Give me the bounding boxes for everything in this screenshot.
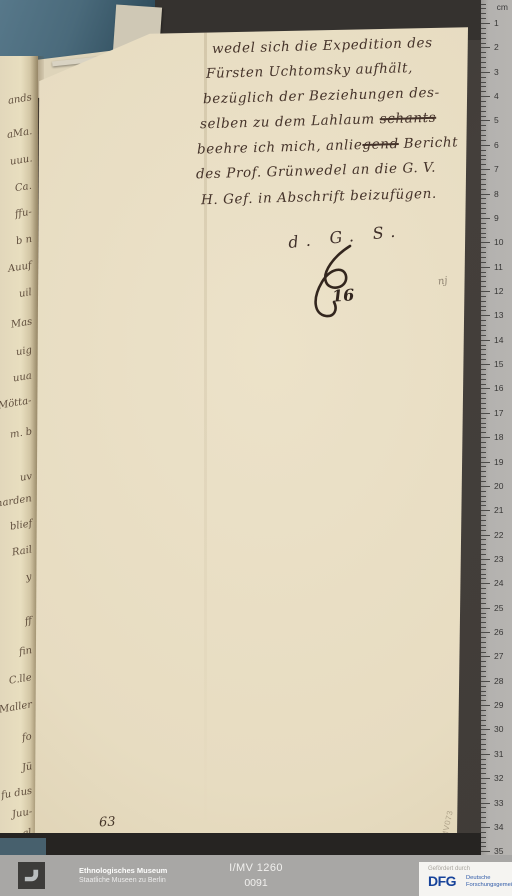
ruler-subtick — [481, 369, 486, 370]
margin-text-fragment: Auuf — [7, 260, 32, 275]
ruler-subtick — [481, 700, 486, 701]
ruler-subtick — [481, 374, 486, 375]
ruler-subtick — [481, 788, 486, 789]
ruler-subtick — [481, 130, 486, 131]
ruler-subtick — [481, 768, 486, 769]
margin-text-fragment: Mötta- — [0, 395, 33, 411]
ruler-number: 27 — [494, 651, 503, 661]
ruler-cm-tick — [481, 96, 490, 97]
ruler-subtick — [481, 233, 486, 234]
ruler-subtick — [481, 125, 486, 126]
ruler-subtick — [481, 379, 486, 380]
ruler-cm-tick — [481, 242, 490, 243]
ruler-subtick — [481, 837, 486, 838]
ruler-subtick — [481, 393, 486, 394]
ruler-subtick — [481, 335, 486, 336]
ruler-subtick — [481, 432, 486, 433]
ruler-subtick — [481, 783, 486, 784]
ruler-subtick — [481, 418, 486, 419]
ruler-subtick — [481, 4, 486, 5]
ruler-number: 29 — [494, 700, 503, 710]
dfg-name-line1: Deutsche — [466, 875, 512, 882]
ruler-cm-tick — [481, 803, 490, 804]
funding-note: Gefördert durch — [428, 866, 470, 872]
ruler-number: 13 — [494, 310, 503, 320]
ruler-unit-label: cm — [497, 2, 508, 12]
ruler-subtick — [481, 642, 486, 643]
ruler-subtick — [481, 398, 486, 399]
ruler-subtick — [481, 247, 486, 248]
handwriting-line: selben zu dem Lahlaum schants — [200, 110, 437, 133]
ruler-subtick — [481, 627, 486, 628]
ruler-number: 32 — [494, 773, 503, 783]
ruler-cm-tick — [481, 388, 490, 389]
ruler-number: 24 — [494, 578, 503, 588]
manuscript-page: wedel sich die Expedition desFürsten Uch… — [26, 24, 468, 840]
ruler-cm-tick — [481, 705, 490, 706]
ruler-cm-tick — [481, 486, 490, 487]
ruler-subtick — [481, 140, 486, 141]
folio-number: 63 — [99, 815, 116, 831]
ruler-subtick — [481, 598, 486, 599]
ruler-number: 26 — [494, 627, 503, 637]
ruler-subtick — [481, 208, 486, 209]
ruler-subtick — [481, 613, 486, 614]
ruler-subtick — [481, 603, 486, 604]
ruler-subtick — [481, 272, 486, 273]
ruler-number: 10 — [494, 237, 503, 247]
ruler-subtick — [481, 574, 486, 575]
margin-text-fragment: ands — [7, 92, 32, 107]
ruler-cm-tick — [481, 267, 490, 268]
margin-text-fragment: fu dus — [0, 786, 33, 802]
ruler-number: 11 — [494, 262, 503, 272]
handwriting-text: des Prof. Grünwedel an die G. V. — [196, 160, 436, 183]
ruler-number: 33 — [494, 798, 503, 808]
ruler-subtick — [481, 671, 486, 672]
ruler-subtick — [481, 496, 486, 497]
ruler-subtick — [481, 822, 486, 823]
ruler-subtick — [481, 661, 486, 662]
ruler-subtick — [481, 807, 486, 808]
ruler-subtick — [481, 710, 486, 711]
ruler-subtick — [481, 695, 486, 696]
ruler-subtick — [481, 77, 486, 78]
handwriting-text: Fürsten Uchtomsky aufhält, — [206, 60, 413, 82]
ruler-subtick — [481, 38, 486, 39]
ruler-subtick — [481, 447, 486, 448]
ruler-subtick — [481, 739, 486, 740]
ruler-cm-tick — [481, 72, 490, 73]
ruler-subtick — [481, 33, 486, 34]
handwriting-line: H. Gef. in Abschrift beizufügen. — [201, 186, 437, 209]
ruler-subtick — [481, 320, 486, 321]
ruler-subtick — [481, 676, 486, 677]
ruler-subtick — [481, 691, 486, 692]
ruler-subtick — [481, 686, 486, 687]
ruler-subtick — [481, 189, 486, 190]
ruler-cm-tick — [481, 315, 490, 316]
signature-number: 16 — [331, 285, 355, 306]
ruler-subtick — [481, 301, 486, 302]
ruler-subtick — [481, 91, 486, 92]
ruler-number: 7 — [494, 164, 499, 174]
ruler-subtick — [481, 427, 486, 428]
handwriting-line: bezüglich der Beziehungen des- — [203, 85, 440, 108]
ruler-subtick — [481, 593, 486, 594]
ruler-subtick — [481, 28, 486, 29]
ruler-number: 20 — [494, 481, 503, 491]
ruler-subtick — [481, 817, 486, 818]
ruler-subtick — [481, 325, 486, 326]
footer-bar: Ethnologisches Museum Staatliche Museen … — [0, 855, 512, 896]
ruler-subtick — [481, 442, 486, 443]
ruler-subtick — [481, 306, 486, 307]
ruler-subtick — [481, 155, 486, 156]
ruler-subtick — [481, 384, 486, 385]
ruler-subtick — [481, 111, 486, 112]
ruler-subtick — [481, 228, 486, 229]
ruler-number: 19 — [494, 457, 503, 467]
handwriting-line: Fürsten Uchtomsky aufhält, — [206, 60, 413, 82]
handwriting-line: beehre ich mich, anliegend Bericht — [197, 134, 459, 157]
ruler-cm-tick — [481, 608, 490, 609]
ruler-number: 6 — [494, 140, 499, 150]
ruler-cm-tick — [481, 23, 490, 24]
ruler-cm-tick — [481, 291, 490, 292]
ruler-cm-tick — [481, 437, 490, 438]
ruler-subtick — [481, 530, 486, 531]
handwriting-text: selben zu dem Lahlaum — [200, 111, 380, 132]
ruler-number: 9 — [494, 213, 499, 223]
scan-viewport: andsaMa.uuu.Ca.ffu-b nAuufuilMasuiguuaMö… — [0, 0, 512, 896]
ruler-subtick — [481, 101, 486, 102]
ruler-subtick — [481, 520, 486, 521]
ruler-subtick — [481, 549, 486, 550]
handwriting-text: Bericht — [399, 134, 459, 152]
ruler-subtick — [481, 18, 486, 19]
ruler-subtick — [481, 359, 486, 360]
ruler-cm-tick — [481, 656, 490, 657]
ruler-subtick — [481, 720, 486, 721]
ruler-subtick — [481, 505, 486, 506]
ruler-subtick — [481, 481, 486, 482]
ruler-subtick — [481, 759, 486, 760]
ruler-number: 31 — [494, 749, 503, 759]
pencil-annotation: nj — [437, 275, 448, 287]
ruler-cm-tick — [481, 729, 490, 730]
ruler-subtick — [481, 715, 486, 716]
ruler-cm-tick — [481, 462, 490, 463]
ruler-subtick — [481, 617, 486, 618]
ruler-subtick — [481, 135, 486, 136]
ruler-subtick — [481, 793, 486, 794]
ruler-subtick — [481, 734, 486, 735]
ruler-cm-tick — [481, 583, 490, 584]
ruler: cm 1234567891011121314151617181920212223… — [481, 0, 512, 855]
ruler-number: 16 — [494, 383, 503, 393]
ruler-subtick — [481, 43, 486, 44]
ruler-number: 28 — [494, 676, 503, 686]
ruler-subtick — [481, 8, 486, 9]
ruler-cm-tick — [481, 510, 490, 511]
ruler-number: 30 — [494, 724, 503, 734]
ruler-subtick — [481, 213, 486, 214]
ruler-subtick — [481, 812, 486, 813]
ruler-subtick — [481, 223, 486, 224]
ruler-number: 34 — [494, 822, 503, 832]
ruler-subtick — [481, 57, 486, 58]
handwriting-text: H. Gef. in Abschrift beizufügen. — [201, 186, 437, 209]
ruler-subtick — [481, 564, 486, 565]
ruler-number: 17 — [494, 408, 503, 418]
ruler-subtick — [481, 159, 486, 160]
ruler-subtick — [481, 647, 486, 648]
ruler-subtick — [481, 179, 486, 180]
ruler-subtick — [481, 764, 486, 765]
ruler-subtick — [481, 164, 486, 165]
ruler-subtick — [481, 588, 486, 589]
ruler-cm-tick — [481, 851, 490, 852]
ruler-cm-tick — [481, 754, 490, 755]
ruler-subtick — [481, 354, 486, 355]
ruler-subtick — [481, 515, 486, 516]
struck-text: gend — [362, 136, 399, 153]
margin-text-fragment: aMa. — [6, 126, 33, 141]
ruler-subtick — [481, 578, 486, 579]
ruler-subtick — [481, 832, 486, 833]
ruler-number: 22 — [494, 530, 503, 540]
ruler-cm-tick — [481, 340, 490, 341]
ruler-number: 1 — [494, 18, 499, 28]
ruler-subtick — [481, 237, 486, 238]
ruler-subtick — [481, 150, 486, 151]
ruler-subtick — [481, 310, 486, 311]
ruler-subtick — [481, 281, 486, 282]
margin-text-fragment: Maller — [0, 699, 33, 715]
ruler-subtick — [481, 539, 486, 540]
ruler-cm-tick — [481, 169, 490, 170]
ruler-number: 15 — [494, 359, 503, 369]
ruler-subtick — [481, 349, 486, 350]
ruler-subtick — [481, 62, 486, 63]
ruler-subtick — [481, 184, 486, 185]
ruler-subtick — [481, 257, 486, 258]
ruler-cm-tick — [481, 120, 490, 121]
ruler-subtick — [481, 569, 486, 570]
ruler-cm-tick — [481, 778, 490, 779]
ruler-subtick — [481, 198, 486, 199]
ruler-subtick — [481, 286, 486, 287]
handwriting-text: beehre ich mich, anlie — [197, 137, 363, 158]
struck-text: schants — [380, 110, 437, 128]
ruler-subtick — [481, 106, 486, 107]
ruler-subtick — [481, 13, 486, 14]
handwriting-line: des Prof. Grünwedel an die G. V. — [196, 160, 436, 183]
ruler-cm-tick — [481, 413, 490, 414]
ruler-subtick — [481, 86, 486, 87]
ruler-subtick — [481, 252, 486, 253]
ruler-subtick — [481, 501, 486, 502]
ruler-number: 14 — [494, 335, 503, 345]
ruler-subtick — [481, 67, 486, 68]
ruler-subtick — [481, 296, 486, 297]
ruler-number: 3 — [494, 67, 499, 77]
ruler-subtick — [481, 345, 486, 346]
ruler-number: 4 — [494, 91, 499, 101]
margin-text-fragment: harden — [0, 493, 33, 509]
ruler-number: 5 — [494, 115, 499, 125]
ruler-subtick — [481, 452, 486, 453]
dfg-full-name: Deutsche Forschungsgemeinschaft — [466, 875, 512, 889]
ruler-cm-tick — [481, 194, 490, 195]
ruler-subtick — [481, 174, 486, 175]
ruler-subtick — [481, 842, 486, 843]
ruler-subtick — [481, 525, 486, 526]
ruler-subtick — [481, 276, 486, 277]
ruler-subtick — [481, 476, 486, 477]
ruler-cm-tick — [481, 632, 490, 633]
ruler-subtick — [481, 471, 486, 472]
ruler-subtick — [481, 330, 486, 331]
dfg-name-line2: Forschungsgemeinschaft — [466, 882, 512, 889]
signature-flourish — [304, 242, 374, 322]
ruler-subtick — [481, 52, 486, 53]
ruler-subtick — [481, 457, 486, 458]
ruler-subtick — [481, 725, 486, 726]
handwriting-line: wedel sich die Expedition des — [212, 35, 433, 57]
ruler-subtick — [481, 798, 486, 799]
ruler-subtick — [481, 423, 486, 424]
ruler-subtick — [481, 652, 486, 653]
ruler-subtick — [481, 403, 486, 404]
ruler-subtick — [481, 637, 486, 638]
ruler-number: 23 — [494, 554, 503, 564]
ruler-subtick — [481, 203, 486, 204]
cloth-bottom-left — [0, 838, 46, 855]
ruler-subtick — [481, 554, 486, 555]
handwriting-text: bezüglich der Beziehungen des- — [203, 85, 440, 108]
ruler-number: 12 — [494, 286, 503, 296]
ruler-subtick — [481, 666, 486, 667]
ruler-number: 21 — [494, 505, 503, 515]
ruler-cm-tick — [481, 364, 490, 365]
ruler-subtick — [481, 622, 486, 623]
ruler-cm-tick — [481, 535, 490, 536]
ruler-cm-tick — [481, 218, 490, 219]
ruler-subtick — [481, 408, 486, 409]
ruler-subtick — [481, 116, 486, 117]
ruler-number: 25 — [494, 603, 503, 613]
ruler-cm-tick — [481, 47, 490, 48]
ruler-cm-tick — [481, 559, 490, 560]
ruler-subtick — [481, 749, 486, 750]
ruler-number: 2 — [494, 42, 499, 52]
dfg-funding-box: Gefördert durch DFG Deutsche Forschungsg… — [419, 862, 512, 896]
ruler-cm-tick — [481, 145, 490, 146]
ruler-subtick — [481, 773, 486, 774]
ruler-subtick — [481, 82, 486, 83]
ruler-cm-tick — [481, 681, 490, 682]
ruler-subtick — [481, 491, 486, 492]
ruler-subtick — [481, 262, 486, 263]
dfg-logo: DFG — [428, 873, 456, 889]
backdrop-bottom — [0, 833, 512, 855]
ruler-subtick — [481, 846, 486, 847]
ruler-subtick — [481, 466, 486, 467]
ruler-number: 18 — [494, 432, 503, 442]
ruler-subtick — [481, 544, 486, 545]
ruler-number: 8 — [494, 189, 499, 199]
ruler-subtick — [481, 744, 486, 745]
ruler-cm-tick — [481, 827, 490, 828]
handwriting-text: wedel sich die Expedition des — [212, 35, 433, 57]
